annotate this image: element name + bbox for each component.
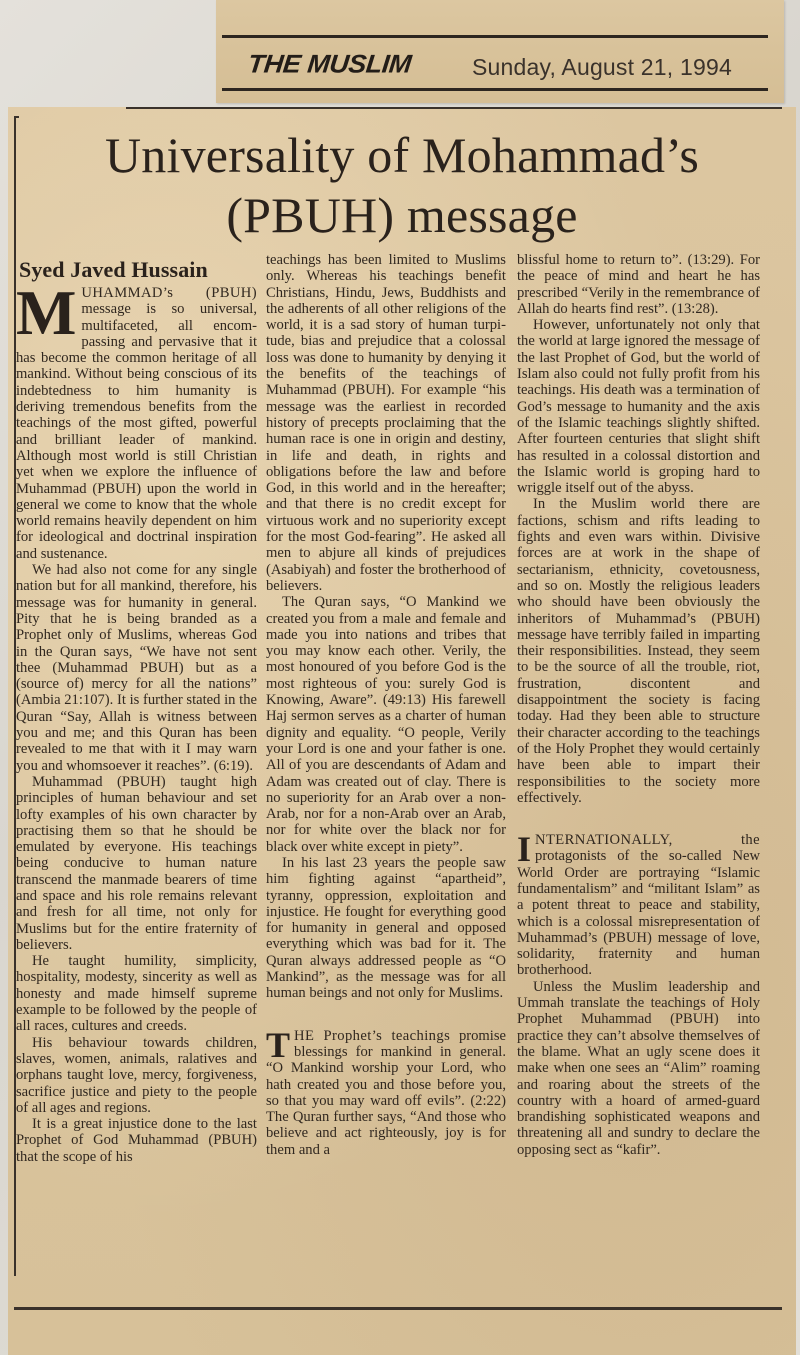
article-top-rule	[126, 107, 782, 109]
paragraph: INTERNATIONALLY, the protagonists of the…	[517, 832, 760, 979]
paragraph: His behaviour towards chil­dren, slaves,…	[16, 1035, 257, 1116]
publication-date: Sunday, August 21, 1994	[472, 54, 732, 81]
lead-in: NTERNATIONALLY, the	[535, 832, 760, 848]
masthead-top-rule	[222, 35, 768, 38]
article-clipping: Universality of Mohammad’s (PBUH) messag…	[8, 107, 796, 1355]
drop-cap: I	[517, 832, 535, 864]
masthead-bottom-rule	[222, 88, 768, 91]
headline-line-1: Universality of Mohammad’s	[8, 125, 796, 185]
column-2: teachings has been limited to Muslims on…	[266, 252, 506, 1158]
paragraph: THE Prophet’s teachings promise blessing…	[266, 1028, 506, 1158]
paragraph: However, unfortunately not only that the…	[517, 317, 760, 496]
paragraph: teachings has been limited to Muslims on…	[266, 252, 506, 594]
paragraph: Muhammad (PBUH) taught high principles o…	[16, 774, 257, 953]
paragraph: The Quran says, “O Mankind we created yo…	[266, 594, 506, 855]
drop-cap: T	[266, 1028, 294, 1060]
paragraph: In the Muslim world there are factions, …	[517, 496, 760, 806]
paragraph: blissful home to return to”. (13:29). Fo…	[517, 252, 760, 317]
headline: Universality of Mohammad’s (PBUH) messag…	[8, 125, 796, 245]
headline-line-2: (PBUH) message	[8, 185, 796, 245]
newspaper-name: THE MUSLIM	[246, 50, 412, 79]
lead-in: HE Prophet’s teachings	[294, 1028, 450, 1044]
paragraph-text: protagonists of the so-called New World …	[517, 848, 760, 978]
paragraph: He taught humility, simplicity, hospital…	[16, 953, 257, 1034]
column-1: MUHAMMAD’s (PBUH) message is so universa…	[16, 285, 257, 1165]
paragraph: In his last 23 years the people saw him …	[266, 855, 506, 1002]
paragraph-text: promise blessings for mankind in general…	[266, 1028, 506, 1158]
paragraph: It is a great injustice done to the last…	[16, 1116, 257, 1165]
masthead-clipping: THE MUSLIM Sunday, August 21, 1994	[216, 0, 784, 103]
article-bottom-rule	[14, 1307, 782, 1310]
drop-cap: M	[16, 285, 81, 339]
paragraph: MUHAMMAD’s (PBUH) message is so universa…	[16, 285, 257, 562]
paragraph: Unless the Muslim leadership and Ummah t…	[517, 979, 760, 1158]
column-3: blissful home to return to”. (13:29). Fo…	[517, 252, 760, 1158]
paragraph: We had also not come for any single nati…	[16, 562, 257, 774]
lead-in: UHAMMAD’s (PBUH)	[81, 285, 257, 301]
